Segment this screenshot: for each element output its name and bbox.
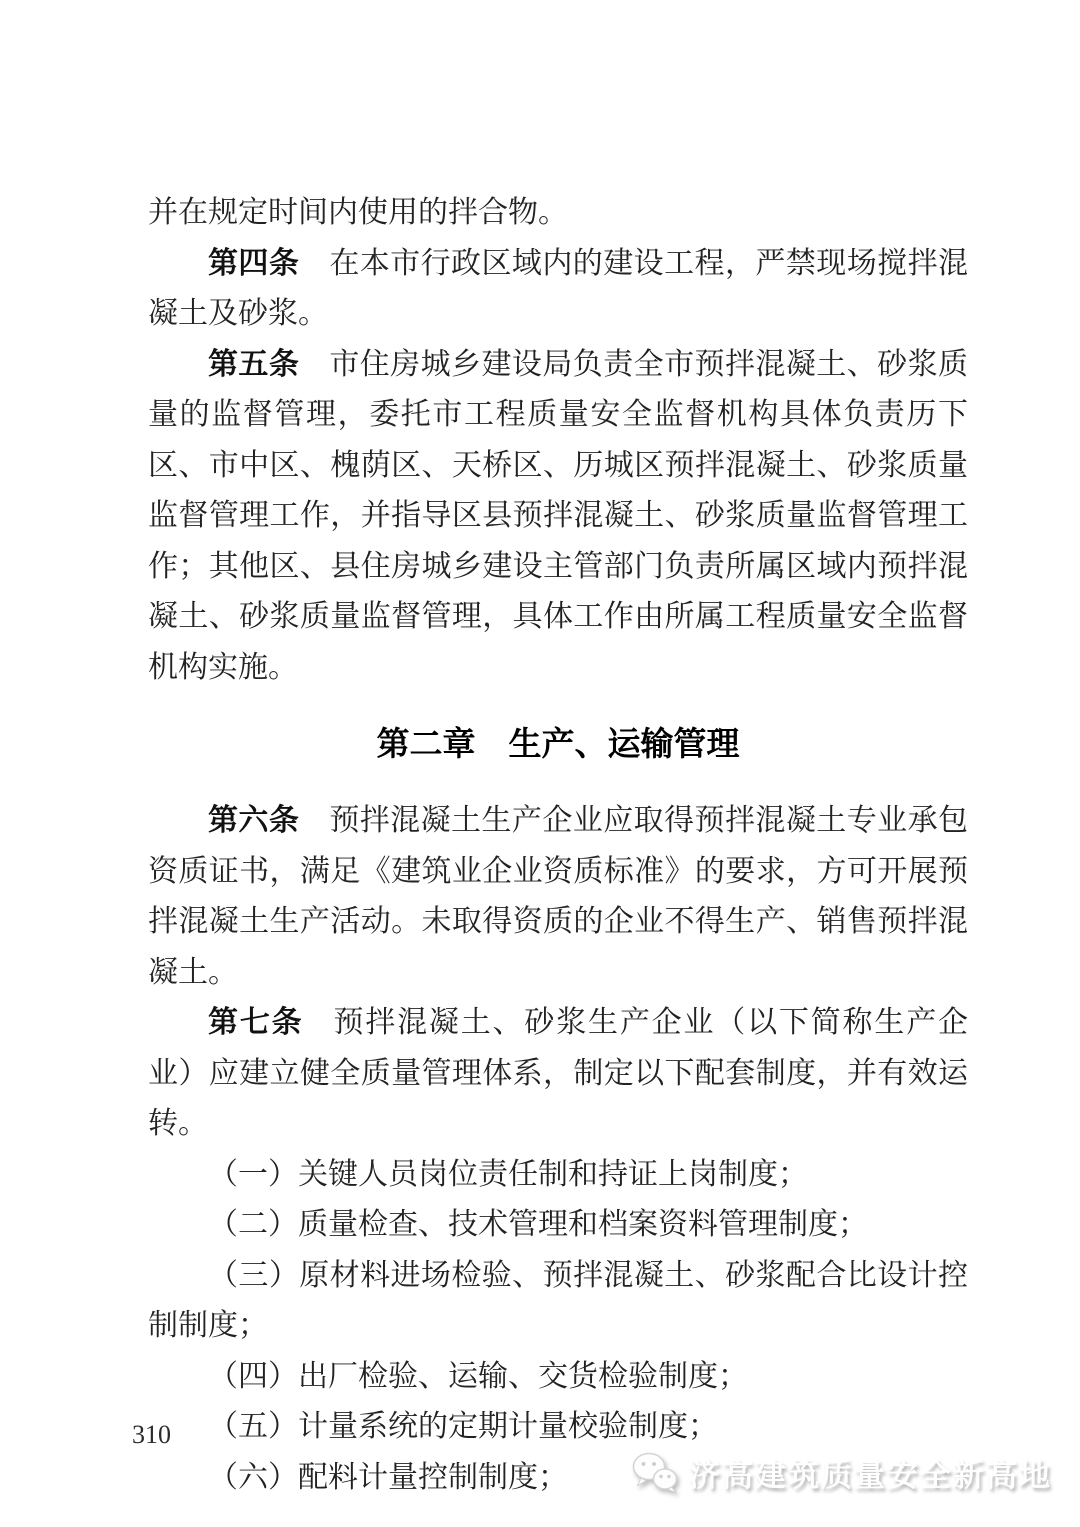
article-6-label: 第六条	[208, 804, 299, 837]
list-item-3: （三）原材料进场检验、预拌混凝土、砂浆配合比设计控制制度；	[148, 1251, 968, 1352]
article-6: 第六条预拌混凝土生产企业应取得预拌混凝土专业承包资质证书，满足《建筑业企业资质标…	[148, 796, 968, 998]
list-item-1: （一）关键人员岗位责任制和持证上岗制度；	[148, 1150, 968, 1201]
document-body: 并在规定时间内使用的拌合物。 第四条在本市行政区域内的建设工程，严禁现场搅拌混凝…	[148, 188, 968, 1503]
article-5: 第五条市住房城乡建设局负责全市预拌混凝土、砂浆质量的监督管理，委托市工程质量安全…	[148, 340, 968, 694]
watermark-text: 济高建筑质量安全新高地	[689, 1450, 1052, 1495]
article-5-text: 市住房城乡建设局负责全市预拌混凝土、砂浆质量的监督管理，委托市工程质量安全监督机…	[148, 348, 968, 684]
paragraph-continuation: 并在规定时间内使用的拌合物。	[148, 188, 968, 239]
list-item-4: （四）出厂检验、运输、交货检验制度；	[148, 1352, 968, 1403]
article-4: 第四条在本市行政区域内的建设工程，严禁现场搅拌混凝土及砂浆。	[148, 239, 968, 340]
article-5-label: 第五条	[208, 348, 299, 381]
article-7: 第七条预拌混凝土、砂浆生产企业（以下简称生产企业）应建立健全质量管理体系，制定以…	[148, 998, 968, 1150]
page-number: 310	[132, 1420, 171, 1450]
article-7-label: 第七条	[208, 1006, 303, 1039]
footer-watermark: 济高建筑质量安全新高地	[631, 1450, 1052, 1495]
wechat-icon	[631, 1451, 679, 1495]
article-4-label: 第四条	[208, 247, 299, 280]
list-item-2: （二）质量检查、技术管理和档案资料管理制度；	[148, 1200, 968, 1251]
chapter-2-heading: 第二章 生产、运输管理	[148, 719, 968, 769]
list-item-5: （五）计量系统的定期计量校验制度；	[148, 1402, 968, 1453]
